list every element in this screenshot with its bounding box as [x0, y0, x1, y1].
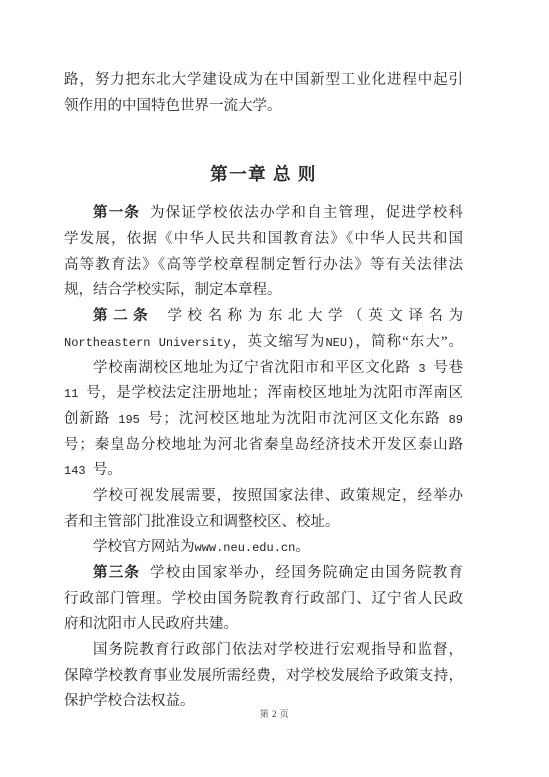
- body-line: 国务院教育行政部门依法对学校进行宏观指导和监督，: [64, 638, 463, 664]
- body-line: 第一条 为保证学校依法办学和自主管理，促进学校科: [64, 201, 463, 227]
- page-number: 第 2 页: [260, 709, 290, 719]
- body-line: 学校可视发展需要，按照国家法律、政策规定，经举办: [64, 484, 463, 510]
- body-line: 规，结合学校实际，制定本章程。: [64, 278, 463, 304]
- body-line: 高等教育法》《高等学校章程制定暂行办法》等有关法律法: [64, 253, 463, 279]
- article-number: 第二条: [93, 308, 153, 324]
- body-line: 第三条 学校由国家举办，经国务院确定由国务院教育: [64, 561, 463, 587]
- latin-text: 11: [64, 387, 86, 401]
- body-line: 143 号。: [64, 458, 463, 484]
- body-line: 保障学校教育事业发展所需经费，对学校发展给予政策支持，: [64, 664, 463, 690]
- latin-text: 3: [411, 362, 434, 376]
- body-line: 领作用的中国特色世界一流大学。: [64, 94, 463, 120]
- body-line: Northeastern University，英文缩写为NEU)，简称“东大”…: [64, 330, 463, 356]
- document-page: 路，努力把东北大学建设成为在中国新型工业化进程中起引领作用的中国特色世界一流大学…: [0, 0, 549, 777]
- page-footer: 第 2 页: [0, 708, 549, 720]
- latin-text: 195: [110, 413, 148, 427]
- body-line: 路，努力把东北大学建设成为在中国新型工业化进程中起引: [64, 68, 463, 94]
- body-line: 第二条 学校名称为东北大学（英文译名为: [64, 304, 463, 330]
- body-line: 者和主管部门批准设立和调整校区、校址。: [64, 510, 463, 536]
- article-number: 第三条: [93, 565, 140, 581]
- document-body: 路，努力把东北大学建设成为在中国新型工业化进程中起引领作用的中国特色世界一流大学…: [64, 68, 463, 715]
- body-line: 学发展，依据《中华人民共和国教育法》《中华人民共和国: [64, 227, 463, 253]
- body-line: 府和沈阳市人民政府共建。: [64, 612, 463, 638]
- chapter-heading: 第一章 总 则: [64, 161, 463, 187]
- body-line: 学校官方网站为www.neu.edu.cn。: [64, 535, 463, 561]
- article-number: 第一条: [93, 205, 140, 221]
- body-line: 学校南湖校区地址为辽宁省沈阳市和平区文化路 3 号巷: [64, 356, 463, 382]
- latin-text: 89: [441, 413, 464, 427]
- body-line: 创新路 195 号；沈河校区地址为沈阳市沈河区文化东路 89: [64, 407, 463, 433]
- latin-text: NEU): [325, 336, 354, 350]
- body-line: 号；秦皇岛分校地址为河北省秦皇岛经济技术开发区泰山路: [64, 433, 463, 459]
- latin-text: Northeastern University: [64, 336, 231, 350]
- body-line: 行政部门管理。学校由国务院教育行政部门、辽宁省人民政: [64, 587, 463, 613]
- latin-text: www.neu.edu.cn: [195, 541, 296, 555]
- body-line: 11 号，是学校法定注册地址；浑南校区地址为沈阳市浑南区: [64, 381, 463, 407]
- latin-text: 143: [64, 464, 93, 478]
